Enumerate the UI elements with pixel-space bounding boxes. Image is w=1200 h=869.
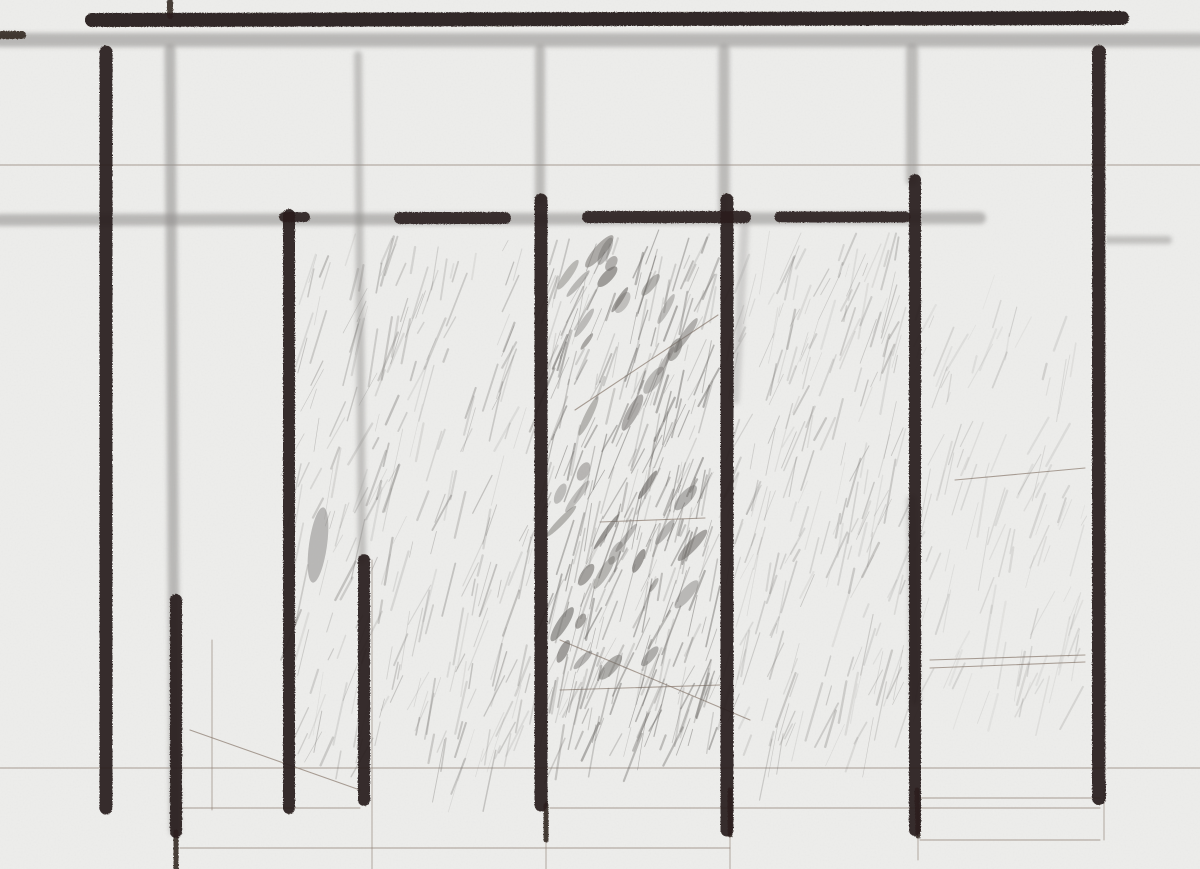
smudged-vertical-guide bbox=[358, 55, 362, 560]
bar-tail bbox=[917, 790, 918, 836]
charcoal-drawing bbox=[0, 0, 1200, 869]
top-horizontal-bar bbox=[92, 18, 1122, 20]
